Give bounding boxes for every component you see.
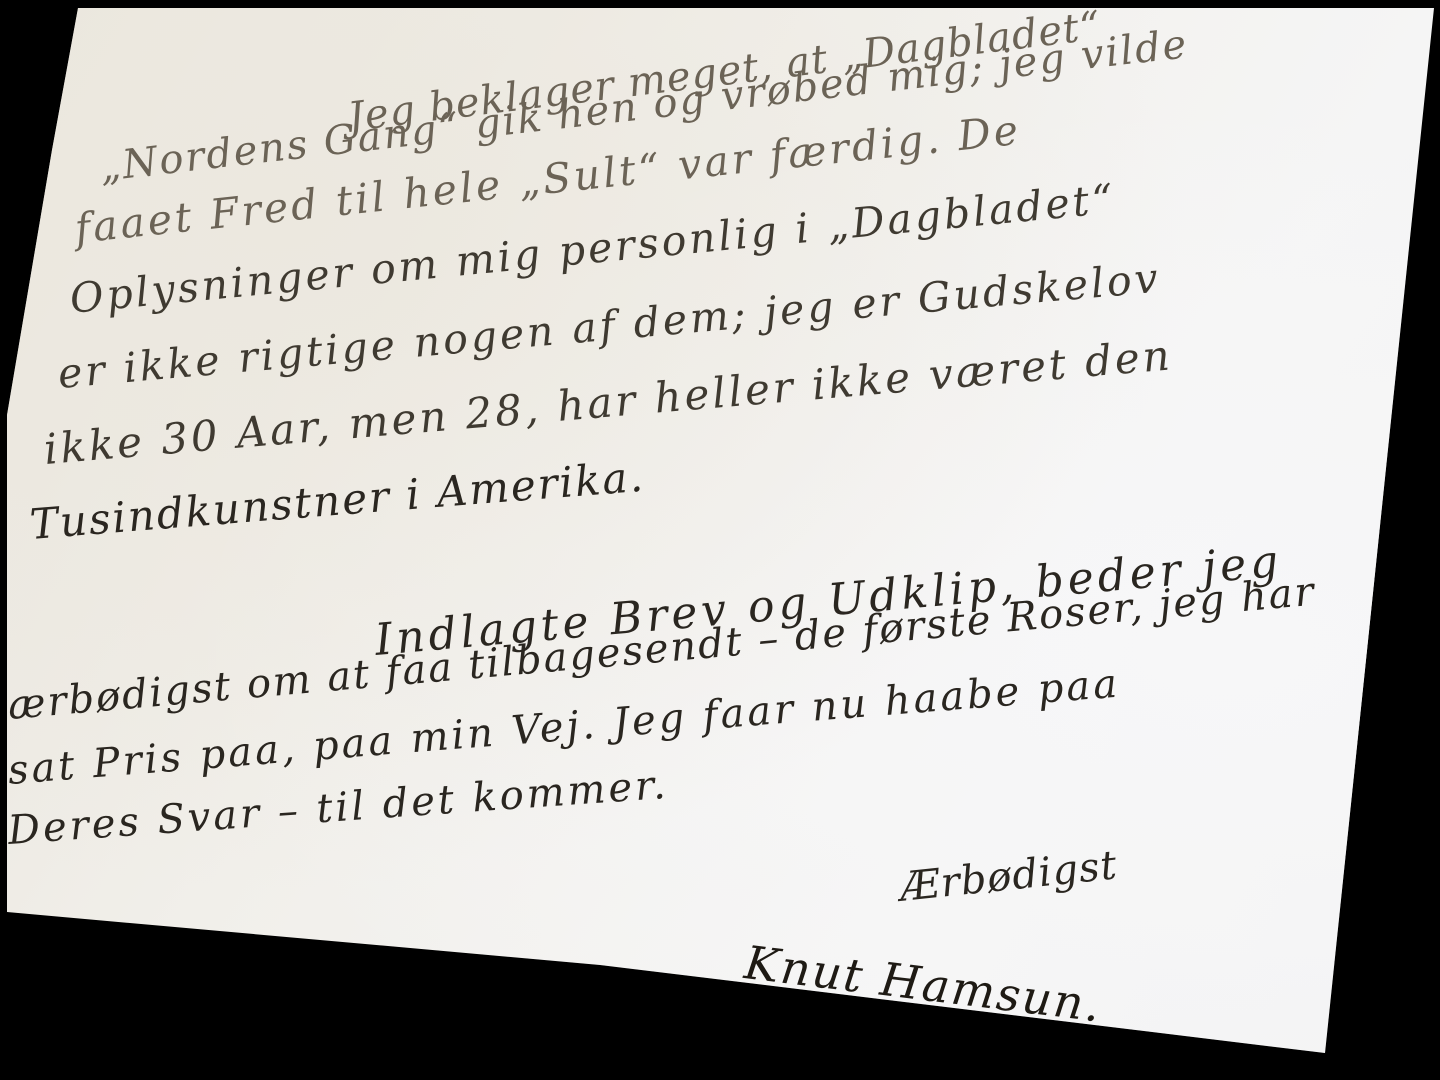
letter-paper: Jeg beklager meget, at „Dagbladet“ „Nord…	[0, 0, 1440, 1080]
letter-closing: Ærbødigst	[898, 842, 1120, 911]
